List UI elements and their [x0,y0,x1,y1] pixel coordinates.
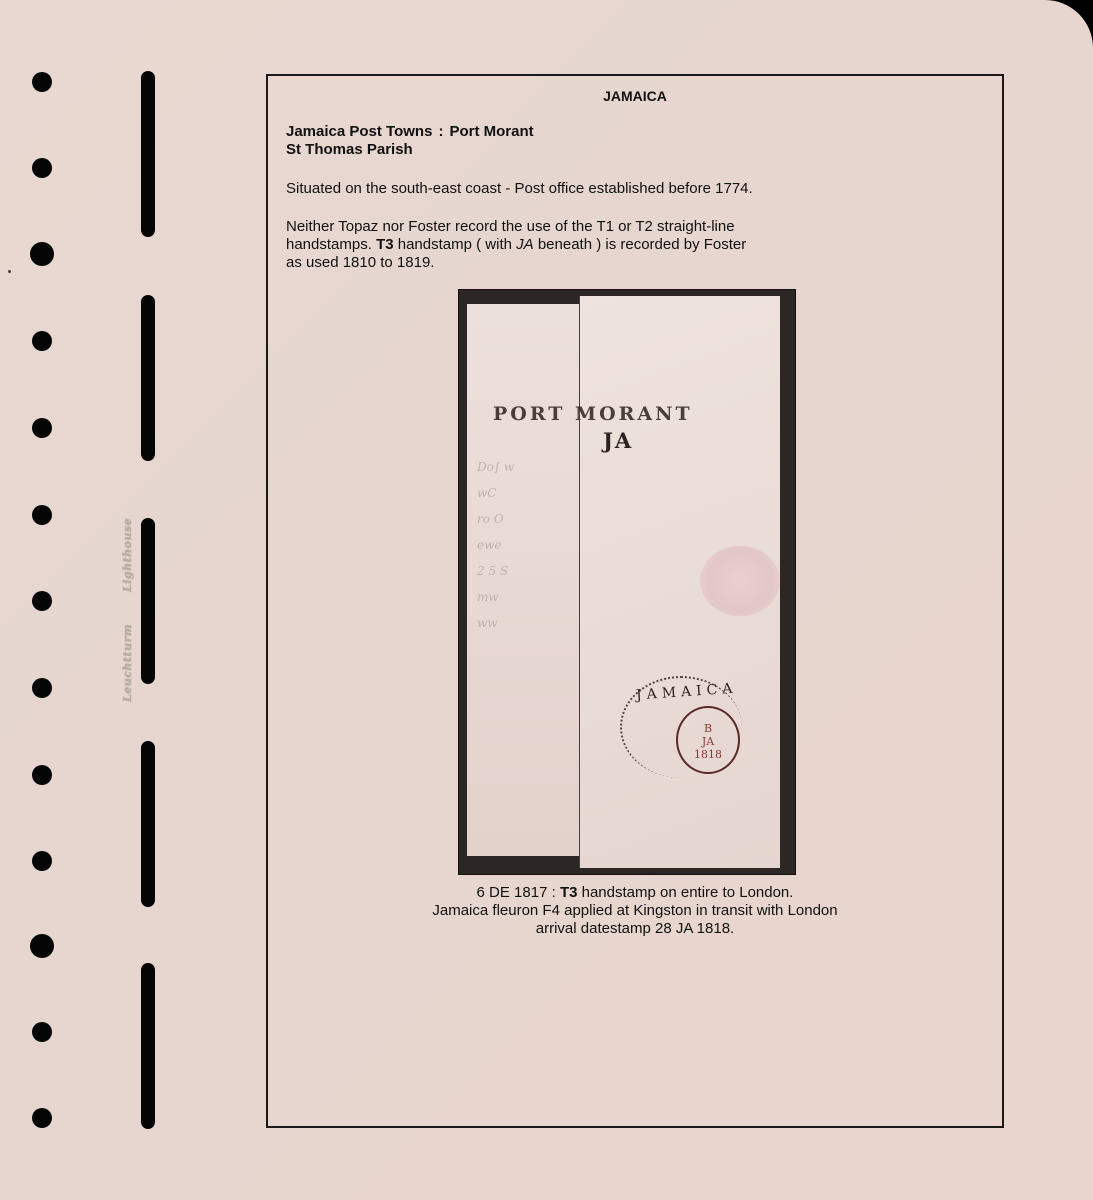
paragraph-line: handstamps. T3 handstamp ( with JA benea… [286,236,846,254]
binder-slot [141,518,155,684]
binder-hole [32,1108,52,1128]
london-datestamp: B JA 1818 [676,706,740,774]
ja-handstamp: JA [603,428,633,453]
heading-series: Jamaica Post Towns [286,123,432,140]
page-title: JAMAICA [268,88,1002,104]
album-page: Leuchtturm Lighthouse JAMAICA Jamaica Po… [0,0,1093,1200]
manuscript-line: ro O [477,506,577,532]
binder-hole [32,851,52,871]
binder-slot [141,295,155,461]
binder-hole [32,1022,52,1042]
manuscript-writing: Do∫ w wC ro O ewe 2 5 S mw ww [477,454,577,636]
text-span: handstamp on entire to London. [577,884,793,901]
wax-seal-mark [700,546,780,616]
ja-italic: JA [516,236,534,253]
datestamp-line: 1818 [678,748,738,761]
binder-hole [30,242,54,266]
cover-front-panel: JAMAICA B JA 1818 [579,296,780,868]
paragraph-line: Neither Topaz nor Foster record the use … [286,218,846,236]
paragraph-line: as used 1810 to 1819. [286,254,846,272]
text-span: handstamp ( with [394,236,517,253]
binder-hole [32,72,52,92]
heading-parish: St Thomas Parish [286,141,534,159]
caption-line: arrival datestamp 28 JA 1818. [268,920,1002,938]
port-morant-handstamp: PORT MORANT [493,403,693,425]
cover-back-flap: Do∫ w wC ro O ewe 2 5 S mw ww [467,304,587,856]
type-t3: T3 [376,236,394,253]
text-span: beneath ) is recorded by Foster [534,236,747,253]
manuscript-line: wC [477,480,577,506]
binder-hole [32,418,52,438]
brand-lighthouse: Lighthouse [121,518,134,592]
caption-line: Jamaica fleuron F4 applied at Kingston i… [268,902,1002,920]
page-heading: Jamaica Post Towns:Port Morant St Thomas… [286,123,534,159]
cover-mount: Do∫ w wC ro O ewe 2 5 S mw ww JAMAICA B … [458,289,796,875]
heading-separator: : [438,123,443,140]
binder-hole [32,331,52,351]
intro-paragraph: Situated on the south-east coast - Post … [286,180,846,198]
type-t3: T3 [560,884,578,901]
binder-hole [30,934,54,958]
binder-hole [32,678,52,698]
binder-slot [141,741,155,907]
brand-leuchtturm: Leuchtturm [121,624,134,702]
page-frame: JAMAICA Jamaica Post Towns:Port Morant S… [266,74,1004,1128]
text-span: handstamps. [286,236,376,253]
cover-caption: 6 DE 1817 : T3 handstamp on entire to Lo… [268,884,1002,938]
caption-line: 6 DE 1817 : T3 handstamp on entire to Lo… [268,884,1002,902]
binder-hole [32,158,52,178]
datestamp-line: B [678,722,738,735]
binder-hole [32,505,52,525]
manuscript-line: 2 5 S [477,558,577,584]
manuscript-line: Do∫ w [477,454,577,480]
binder-hole [32,591,52,611]
manuscript-line: ww [477,610,577,636]
datestamp-line: JA [678,735,738,748]
manuscript-line: mw [477,584,577,610]
paper-speck [8,270,11,273]
binder-slot [141,71,155,237]
handstamp-paragraph: Neither Topaz nor Foster record the use … [286,218,846,272]
heading-town: Port Morant [449,123,533,140]
binder-hole [32,765,52,785]
datestamp-text: B JA 1818 [678,722,738,761]
manuscript-line: ewe [477,532,577,558]
text-span: 6 DE 1817 : [477,884,560,901]
binder-slot [141,963,155,1129]
